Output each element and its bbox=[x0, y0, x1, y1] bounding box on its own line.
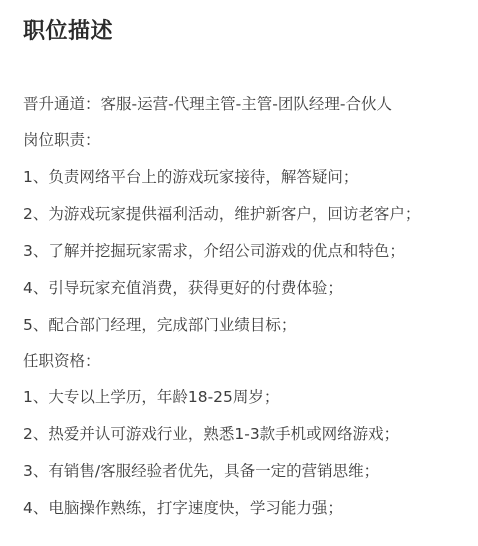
requirement-item: 1、大专以上学历，年龄18-25周岁； bbox=[23, 386, 279, 408]
duty-item: 4、引导玩家充值消费，获得更好的付费体验； bbox=[23, 277, 343, 299]
page-title: 职位描述 bbox=[23, 16, 113, 48]
duty-item: 5、配合部门经理，完成部门业绩目标； bbox=[23, 314, 296, 336]
duty-item: 2、为游戏玩家提供福利活动，维护新客户，回访老客户； bbox=[23, 203, 420, 225]
requirement-item: 3、有销售/客服经验者优先，具备一定的营销思维； bbox=[23, 460, 379, 482]
requirement-item: 2、热爱并认可游戏行业，熟悉1-3款手机或网络游戏； bbox=[23, 423, 399, 445]
requirements-heading: 任职资格： bbox=[23, 350, 101, 372]
promotion-path: 晋升通道：客服-运营-代理主管-主管-团队经理-合伙人 bbox=[23, 93, 392, 115]
duty-item: 1、负责网络平台上的游戏玩家接待，解答疑问； bbox=[23, 166, 358, 188]
requirement-item: 4、电脑操作熟练，打字速度快，学习能力强； bbox=[23, 497, 343, 519]
duties-heading: 岗位职责： bbox=[23, 129, 101, 151]
duty-item: 3、了解并挖掘玩家需求，介绍公司游戏的优点和特色； bbox=[23, 240, 405, 262]
